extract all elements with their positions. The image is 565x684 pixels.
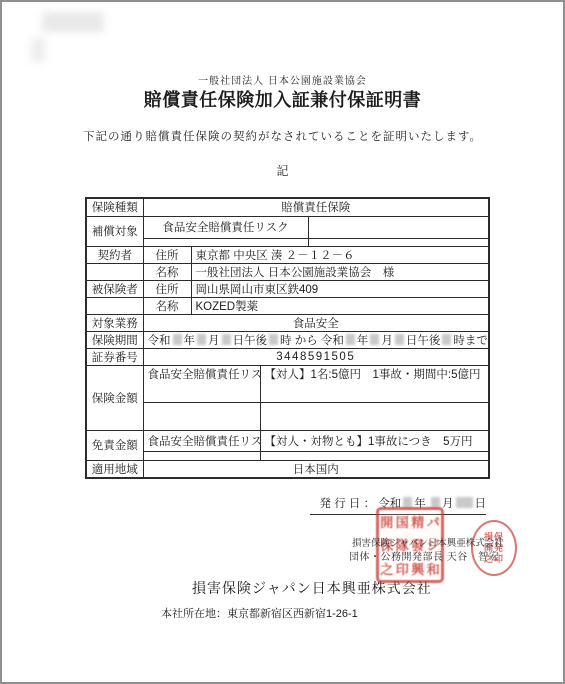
ki-marker: 記 xyxy=(0,162,565,179)
row-applicable-region: 適用地域 日本国内 xyxy=(86,460,489,478)
insured-amount-empty xyxy=(143,402,260,430)
insurance-period-value: 令和年月日午後時 から 令和年月日午後時まで年 xyxy=(143,331,489,348)
row-target-business: 対象業務 食品安全 xyxy=(86,314,489,331)
period-text: 年 xyxy=(184,335,196,347)
coverage-target-empty xyxy=(143,238,308,246)
redacted-digit xyxy=(269,334,278,345)
certification-statement: 下記の通り賠償責任保険の契約がなされていることを証明いたします。 xyxy=(0,128,565,144)
deductible-label: 免責金額 xyxy=(86,430,143,460)
applicable-region-value: 日本国内 xyxy=(143,460,489,478)
issue-date-text: 月 xyxy=(442,498,454,510)
coverage-target-label: 補償対象 xyxy=(86,216,143,246)
deductible-empty xyxy=(143,451,260,460)
row-insured-name: 名称 KOZED製薬 xyxy=(86,297,489,314)
name-label: 名称 xyxy=(143,297,191,314)
underwriter-company-small: 損害保険ジャパン日本興亜株式会社 xyxy=(352,535,504,549)
target-business-label: 対象業務 xyxy=(86,314,143,331)
insured-label: 被保険者 xyxy=(86,280,143,297)
scan-artifact-smudge xyxy=(42,12,104,32)
insured-amount-label: 保険金額 xyxy=(86,365,143,430)
deductible-value: 【対人・対物とも】1事故につき 5万円 xyxy=(260,430,489,451)
period-text: 月 xyxy=(208,335,220,347)
headquarters-address: 本社所在地：東京都新宿区西新宿1-26-1 xyxy=(161,605,358,621)
redacted-digit xyxy=(456,497,473,508)
period-text: 時 から 令和 xyxy=(280,335,344,347)
address-label: 住所 xyxy=(143,280,191,297)
redacted-digit xyxy=(395,334,404,345)
policyholder-label: 契約者 xyxy=(86,246,143,263)
issue-date-text: 日 xyxy=(475,498,487,510)
period-text: 日午後 xyxy=(406,335,441,347)
certificate-title: 賠償責任保険加入証兼付保証明書 xyxy=(0,86,565,112)
insurance-period-label: 保険期間 xyxy=(86,331,143,348)
policyholder-name: 一般社団法人 日本公園施設業協会 様 xyxy=(191,263,489,280)
period-text: 令和 xyxy=(148,335,171,347)
row-insured-address: 被保険者 住所 岡山県岡山市東区鉄409 xyxy=(86,280,489,297)
association-name: 一般社団法人 日本公園施設業協会 xyxy=(0,72,565,87)
row-deductible-2 xyxy=(86,451,489,460)
row-coverage-target: 補償対象 食品安全賠償責任リスク xyxy=(86,216,489,238)
redacted-digit xyxy=(197,334,206,345)
insured-amount-empty xyxy=(260,402,489,430)
period-text: 月 xyxy=(381,335,393,347)
insured-address: 岡山県岡山市東区鉄409 xyxy=(191,280,489,297)
insured-empty xyxy=(86,297,143,314)
redacted-digit xyxy=(173,334,182,345)
coverage-target-empty xyxy=(308,238,489,246)
insurance-type-label: 保険種類 xyxy=(86,198,143,216)
redacted-digit xyxy=(442,334,451,345)
policyholder-empty xyxy=(86,263,143,280)
row-policyholder-address: 契約者 住所 東京都 中央区 湊 ２－１２－６ xyxy=(86,246,489,263)
period-text: 日午後 xyxy=(233,335,268,347)
insurance-type-value: 賠償責任保険 xyxy=(143,198,489,216)
period-text: 年 xyxy=(357,335,369,347)
row-insurance-period: 保険期間 令和年月日午後時 から 令和年月日午後時まで年 xyxy=(86,331,489,348)
row-policyholder-name: 名称 一般社団法人 日本公園施設業協会 様 xyxy=(86,263,489,280)
redacted-digit xyxy=(346,334,355,345)
policy-number-value: 3448591505 xyxy=(143,348,489,365)
deductible-empty xyxy=(260,451,489,460)
row-policy-number: 証券番号 3448591505 xyxy=(86,348,489,365)
row-coverage-target-2 xyxy=(86,238,489,246)
row-insured-amount: 保険金額 食品安全賠償責任リスク 【対人】1名:5億円 1事故・期間中:5億円 xyxy=(86,365,489,402)
target-business-value: 食品安全 xyxy=(143,314,489,331)
coverage-target-empty xyxy=(308,216,489,238)
insurance-table: 保険種類 賠償責任保険 補償対象 食品安全賠償責任リスク 契約者 住所 東京都 … xyxy=(85,197,490,479)
policy-number-label: 証券番号 xyxy=(86,348,143,365)
coverage-target-risk: 食品安全賠償責任リスク xyxy=(143,216,308,238)
insured-amount-value: 【対人】1名:5億円 1事故・期間中:5億円 xyxy=(260,365,489,402)
name-label: 名称 xyxy=(143,263,191,280)
applicable-region-label: 適用地域 xyxy=(86,460,143,478)
deductible-risk: 食品安全賠償責任リスク xyxy=(143,430,260,451)
insured-amount-risk: 食品安全賠償責任リスク xyxy=(143,365,260,402)
redacted-digit xyxy=(222,334,231,345)
address-label: 住所 xyxy=(143,246,191,263)
policyholder-address: 東京都 中央区 湊 ２－１２－６ xyxy=(191,246,489,263)
row-deductible: 免責金額 食品安全賠償責任リスク 【対人・対物とも】1事故につき 5万円 xyxy=(86,430,489,451)
row-insurance-type: 保険種類 賠償責任保険 xyxy=(86,198,489,216)
redacted-digit xyxy=(370,334,379,345)
signer-title-name: 団体・公務開発部長 天谷 智宏 xyxy=(349,548,499,563)
scan-artifact-smudge xyxy=(31,38,45,62)
row-insured-amount-2 xyxy=(86,402,489,430)
insured-name: KOZED製薬 xyxy=(191,297,489,314)
period-text: 時まで xyxy=(453,335,488,347)
